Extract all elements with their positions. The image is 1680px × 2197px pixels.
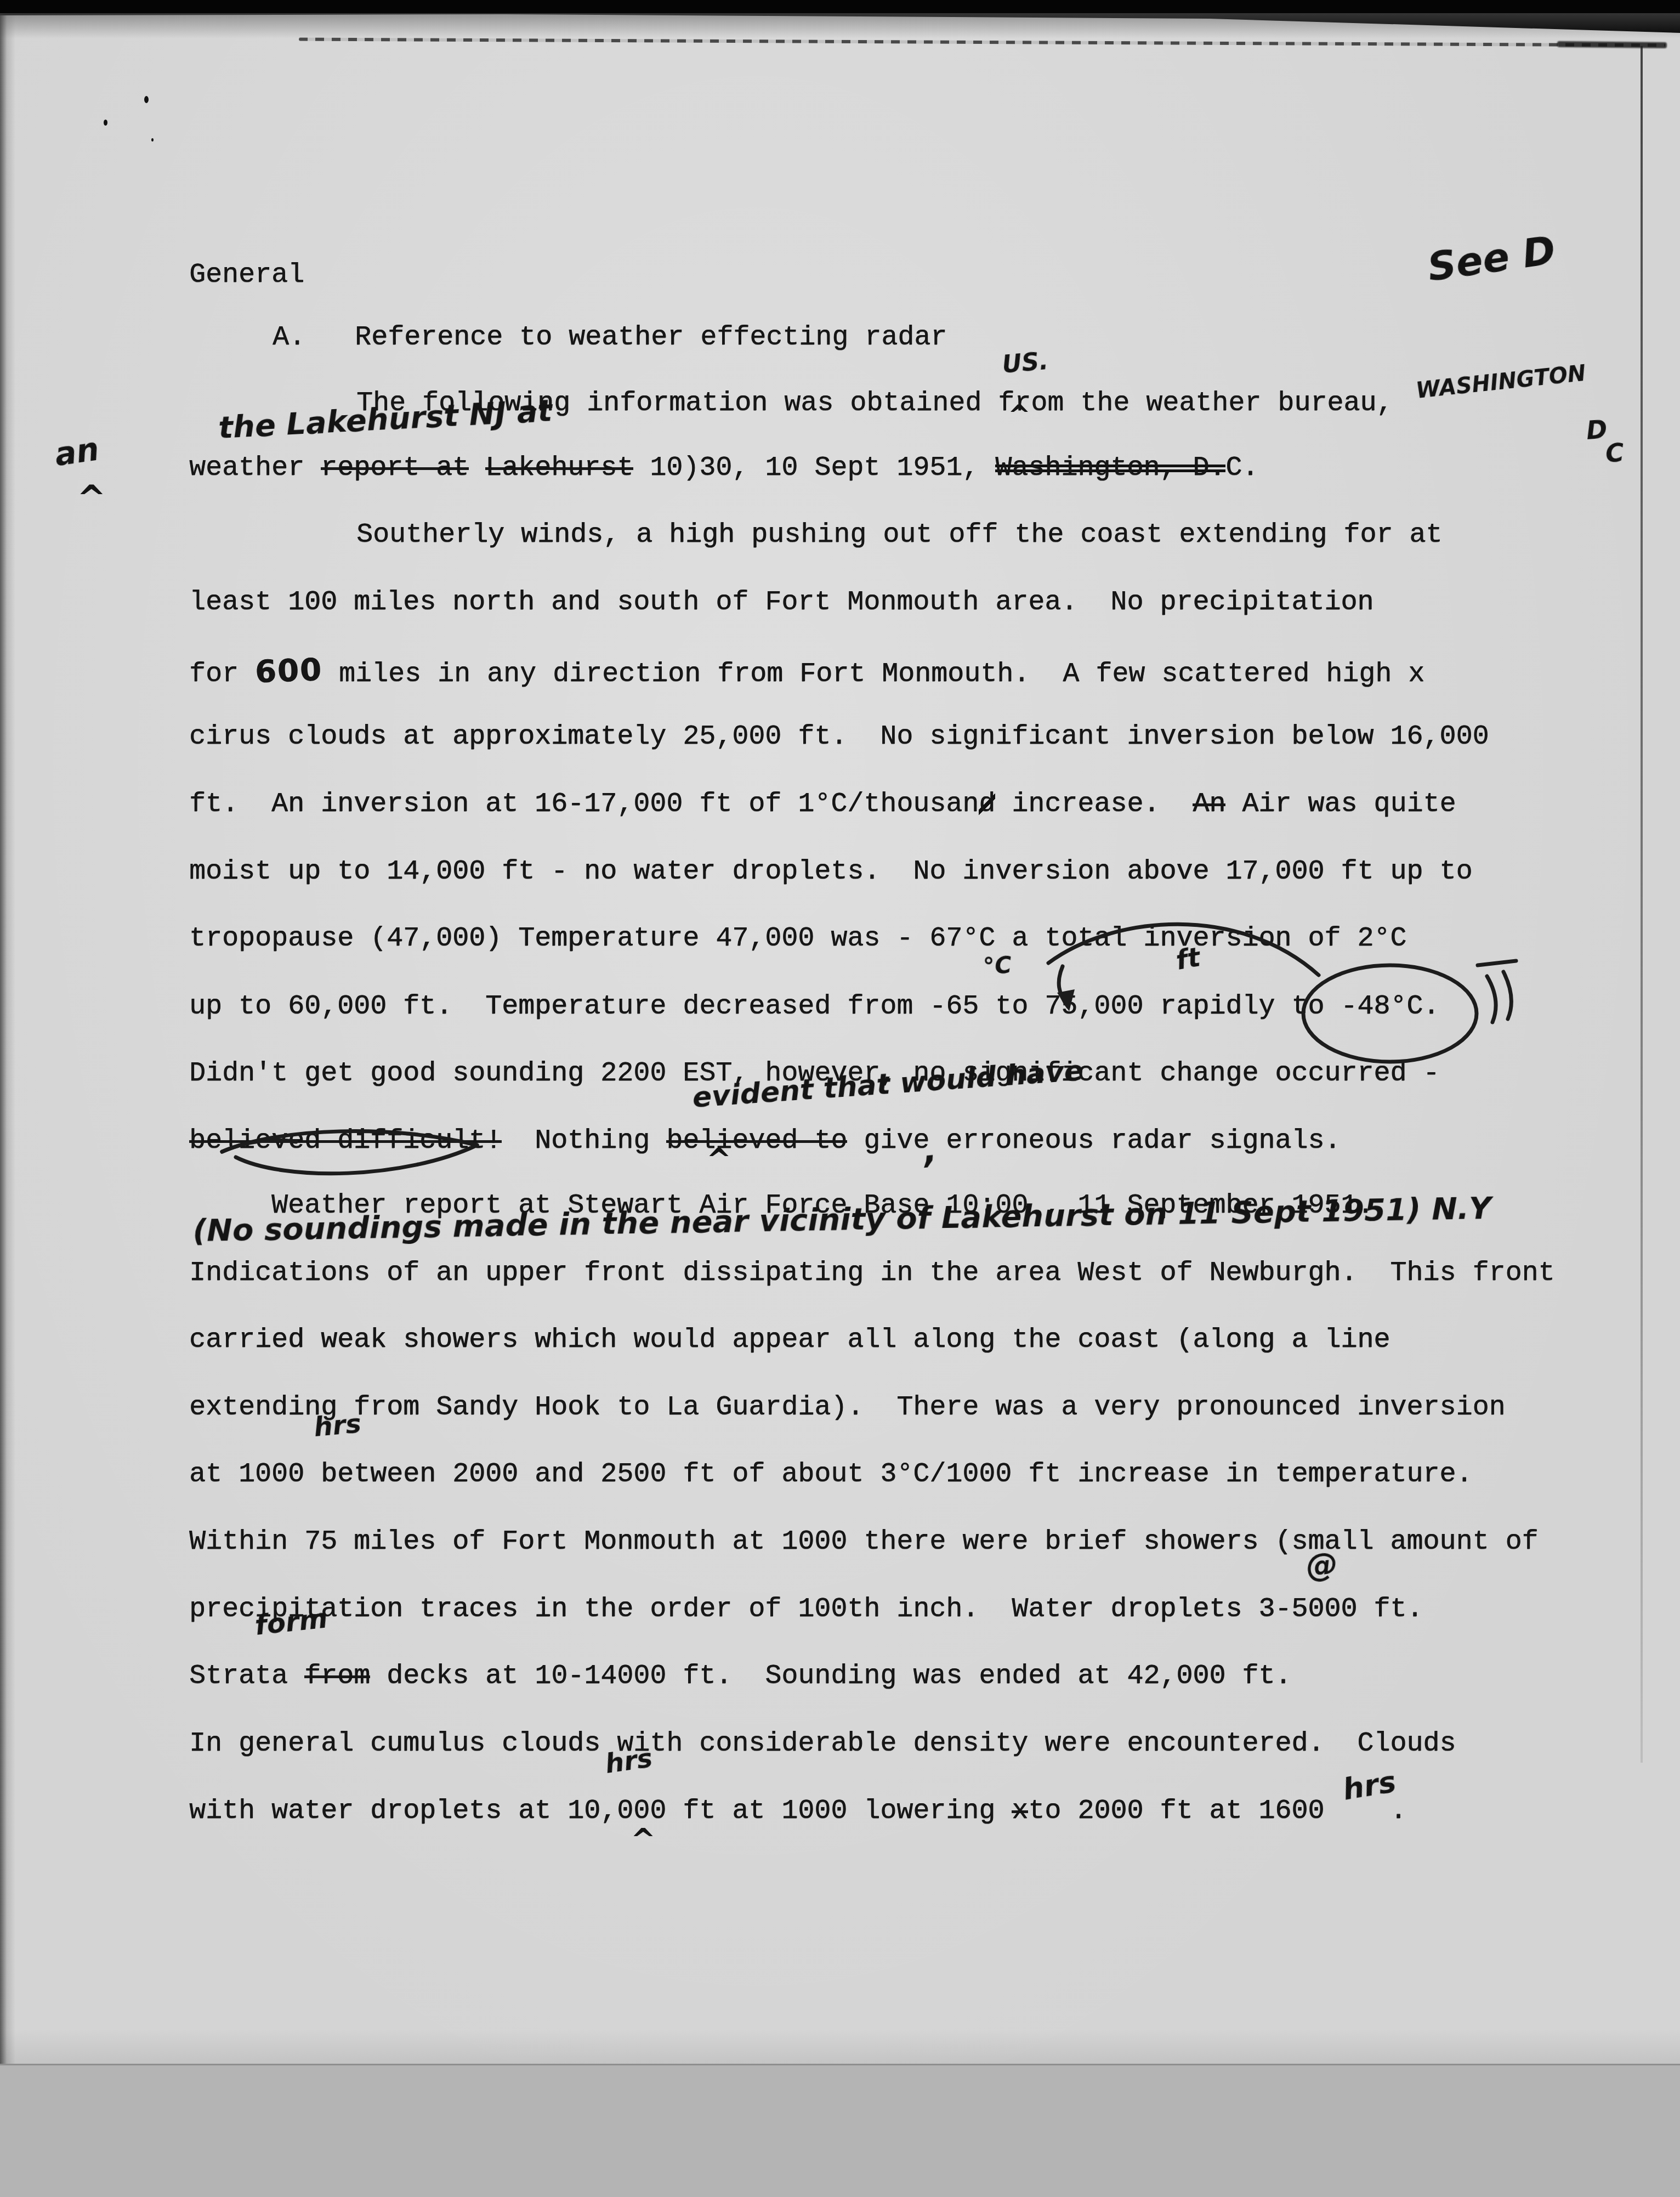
typed-segment: moist up to 14,000 ft - no water droplet…	[189, 856, 1472, 887]
ink-speck	[144, 96, 149, 103]
typed-segment: extending from Sandy Hook to La Guardia)…	[189, 1392, 1505, 1423]
caret-nothing: ^	[706, 1142, 731, 1177]
typed-segment: A. Reference to weather effecting radar	[273, 322, 947, 353]
typed-line: A. Reference to weather effecting radar	[273, 321, 947, 354]
typed-segment-st: Lakehurst	[485, 452, 633, 484]
typed-line: Indications of an upper front dissipatin…	[189, 1257, 1554, 1289]
typed-line: ft. An inversion at 16-17,000 ft of 1°C/…	[189, 788, 1456, 820]
typed-segment-st: from	[304, 1661, 370, 1692]
typed-line: precipitation traces in the order of 100…	[189, 1593, 1423, 1626]
typed-segment: with water droplets at 10,000 ft at 1000…	[189, 1796, 1012, 1827]
typed-line: Southerly winds, a high pushing out off …	[356, 519, 1442, 551]
typed-segment: weather	[189, 452, 321, 484]
scribble-loop-annotation	[203, 1113, 543, 1196]
typed-segment: C.	[1225, 452, 1258, 484]
hrs-between: hrs	[313, 1408, 362, 1443]
typed-line: carried weak showers which would appear …	[189, 1324, 1390, 1356]
typed-segment-slashed: d	[979, 789, 995, 820]
typed-segment-st: report at	[321, 452, 469, 484]
caret-lowering: ^	[631, 1822, 656, 1857]
page-left-edge-shadow	[0, 15, 15, 2066]
typed-segment: give erroneous radar signals.	[847, 1125, 1341, 1157]
page-right-edge-line	[1641, 46, 1643, 1763]
typed-segment: Strata	[189, 1661, 304, 1692]
typed-line: weather report at Lakehurst 10)30, 10 Se…	[189, 452, 1258, 484]
typed-segment: least 100 miles north and south of Fort …	[189, 587, 1373, 618]
typed-segment	[469, 452, 485, 484]
typed-line: extending from Sandy Hook to La Guardia)…	[189, 1391, 1505, 1424]
caret-us: ^	[1008, 399, 1031, 431]
us-insertion: US.	[1001, 347, 1049, 379]
typed-segment: General	[189, 259, 304, 291]
typed-line: cirus clouds at approximately 25,000 ft.…	[189, 721, 1489, 753]
typed-segment: ft. An inversion at 16-17,000 ft of 1°C/…	[189, 789, 979, 820]
typed-line: with water droplets at 10,000 ft at 1000…	[189, 1795, 1406, 1827]
typed-segment: carried weak showers which would appear …	[189, 1324, 1390, 1356]
caret-an: ^	[77, 478, 106, 519]
typed-segment: Southerly winds, a high pushing out off …	[356, 519, 1442, 551]
scanner-band-fade	[0, 13, 1680, 38]
page-bottom-fade	[0, 2029, 1680, 2064]
typed-segment-hwn: 600	[254, 652, 323, 690]
typed-segment: increase.	[995, 789, 1193, 820]
typed-segment: 10)30, 10 Sept 1951,	[633, 452, 995, 484]
typed-line: moist up to 14,000 ft - no water droplet…	[189, 856, 1472, 888]
page-bottom-shadow	[0, 2064, 1680, 2197]
typed-segment: decks at 10-14000 ft. Sounding was ended…	[370, 1661, 1291, 1692]
typed-segment: Indications of an upper front dissipatin…	[189, 1258, 1554, 1289]
ink-speck	[104, 120, 107, 126]
circle-arrow-annotation	[932, 899, 1617, 1075]
ink-speck	[151, 138, 154, 141]
typed-segment-st: An	[1193, 789, 1225, 820]
dc-insertion-c: C	[1604, 438, 1625, 468]
scan-scratch-artifact-end	[1557, 41, 1667, 48]
typed-segment: cirus clouds at approximately 25,000 ft.…	[189, 721, 1489, 752]
typed-segment: precipitation traces in the order of 100…	[189, 1594, 1423, 1625]
typed-segment-st: believed to	[666, 1125, 847, 1157]
typed-line: In general cumulus clouds with considera…	[189, 1728, 1456, 1760]
scanned-document-page: GeneralA. Reference to weather effecting…	[0, 0, 1680, 2197]
typed-segment: miles in any direction from Fort Monmout…	[322, 659, 1424, 690]
typed-line: for 600 miles in any direction from Fort…	[189, 653, 1424, 690]
typed-line: General	[189, 259, 304, 291]
typed-line: Strata from decks at 10-14000 ft. Soundi…	[189, 1660, 1291, 1692]
typed-segment: In general cumulus clouds with considera…	[189, 1728, 1456, 1759]
typed-segment: Air was quite	[1225, 789, 1456, 820]
typed-line: at 1000 between 2000 and 2500 ft of abou…	[189, 1458, 1472, 1491]
typed-line: least 100 miles north and south of Fort …	[189, 586, 1373, 619]
typed-segment-st: x	[1012, 1796, 1028, 1827]
typed-segment-st2: Washington, D.	[995, 452, 1225, 484]
hrs-lowering: hrs	[603, 1743, 654, 1780]
typed-segment: for	[189, 659, 255, 690]
an-margin: an	[53, 430, 101, 473]
at-sign-note: @	[1304, 1545, 1340, 1585]
typed-segment: at 1000 between 2000 and 2500 ft of abou…	[189, 1459, 1472, 1490]
